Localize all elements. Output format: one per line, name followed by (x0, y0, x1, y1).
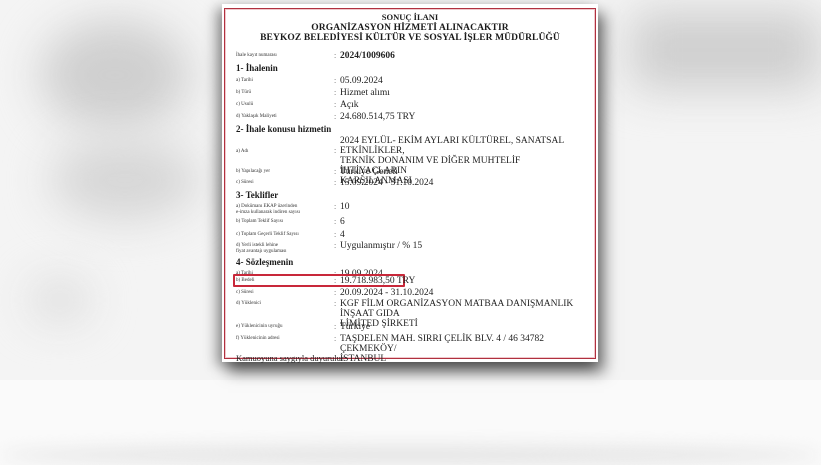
field-label: b) Türü (236, 88, 334, 98)
blurred-background (40, 20, 190, 130)
field-value: 6 (340, 217, 589, 227)
closing-statement: Kamuoyuna saygıyla duyurulur. (236, 353, 345, 363)
field-label: d) Yerli istekli lehine fiyat avantajı u… (236, 241, 334, 255)
field-row: c) Süresi : 15.09.2024 - 31.10.2024 (236, 178, 589, 188)
contractor-address: TAŞDELEN MAH. SIRRI ÇELİK BLV. 4 / 46 34… (340, 334, 589, 364)
registry-number: 2024/1009606 (340, 51, 589, 61)
document-frame: SONUÇ İLANI ORGANİZASYON HİZMETİ ALINACA… (224, 8, 596, 359)
field-row: c) Toplam Geçerli Teklif Sayısı : 4 (236, 230, 589, 240)
field-label: c) Usulü (236, 100, 334, 110)
field-value: 10 (340, 202, 589, 216)
blurred-background (630, 10, 821, 90)
notice-title: SONUÇ İLANI (225, 12, 595, 23)
section-title: 1- İhalenin (236, 63, 278, 73)
contract-price-row: b) Bedeli : 19.718.983,50 TRY (236, 276, 589, 286)
field-value: Hizmet alımı (340, 88, 589, 98)
field-value: 15.09.2024 - 31.10.2024 (340, 178, 589, 188)
notice-subtitle: ORGANİZASYON HİZMETİ ALINACAKTIR (225, 23, 595, 34)
field-label: b) Bedeli (236, 276, 334, 286)
field-row: d) Yaklaşık Maliyeti : 24.680.514,75 TRY (236, 112, 589, 122)
field-row: b) Yapılacağı yer : Türkiye Geneli (236, 167, 589, 177)
field-row: a) Tarihi : 05.09.2024 (236, 76, 589, 86)
contract-price: 19.718.983,50 TRY (340, 276, 589, 286)
field-value: Açık (340, 100, 589, 110)
document-header: SONUÇ İLANI ORGANİZASYON HİZMETİ ALINACA… (225, 9, 595, 44)
field-label: b) Toplam Teklif Sayısı (236, 217, 334, 227)
field-value: Türkiye Geneli (340, 167, 589, 177)
field-label: a) Tarihi (236, 76, 334, 86)
value-line: KGF FİLM ORGANİZASYON MATBAA DANIŞMANLIK… (340, 299, 589, 319)
field-row: b) Toplam Teklif Sayısı : 6 (236, 217, 589, 227)
field-value: 20.09.2024 - 31.10.2024 (340, 288, 589, 298)
field-row: c) Usulü : Açık (236, 100, 589, 110)
value-line: TAŞDELEN MAH. SIRRI ÇELİK BLV. 4 / 46 34… (340, 334, 589, 354)
registry-row: İhale kayıt numarası : 2024/1009606 (236, 51, 589, 61)
section-title: 4- Sözleşmenin (236, 257, 293, 267)
field-value: Uygulanmıştır / % 15 (340, 241, 589, 255)
blurred-background (50, 140, 200, 220)
blurred-background (30, 280, 90, 320)
issuing-authority: BEYKOZ BELEDİYESİ KÜLTÜR VE SOSYAL İŞLER… (225, 33, 595, 44)
value-line: 2024 EYLÜL- EKİM AYLARI KÜLTÜREL, SANATS… (340, 136, 589, 156)
label-line: fiyat avantajı uygulaması (236, 249, 334, 255)
value-line: İSTANBUL (340, 354, 589, 364)
field-label: a) Dokümanı EKAP üzerinden e-imza kullan… (236, 202, 334, 216)
field-label: b) Yapılacağı yer (236, 167, 334, 177)
section-title: 2- İhale konusu hizmetin (236, 124, 331, 134)
estimated-cost: 24.680.514,75 TRY (340, 112, 589, 122)
field-label: e) Yüklenicinin uyruğu (236, 322, 334, 332)
field-label: d) Yaklaşık Maliyeti (236, 112, 334, 122)
field-row: a) Dokümanı EKAP üzerinden e-imza kullan… (236, 202, 589, 216)
field-value: 4 (340, 230, 589, 240)
field-label: c) Süresi (236, 178, 334, 188)
section-title: 3- Teklifler (236, 190, 278, 200)
field-row: b) Türü : Hizmet alımı (236, 88, 589, 98)
field-value: 05.09.2024 (340, 76, 589, 86)
field-row: e) Yüklenicinin uyruğu : Türkiye (236, 322, 589, 332)
background-floor-shade (0, 445, 821, 465)
field-row: d) Yerli istekli lehine fiyat avantajı u… (236, 241, 589, 255)
field-value: Türkiye (340, 322, 589, 332)
field-row: c) Süresi : 20.09.2024 - 31.10.2024 (236, 288, 589, 298)
tender-result-notice: SONUÇ İLANI ORGANİZASYON HİZMETİ ALINACA… (222, 4, 598, 362)
label-line: e-imza kullanarak indiren sayısı (236, 210, 334, 216)
field-label: c) Toplam Geçerli Teklif Sayısı (236, 230, 334, 240)
field-label: İhale kayıt numarası (236, 51, 334, 61)
field-label: c) Süresi (236, 288, 334, 298)
